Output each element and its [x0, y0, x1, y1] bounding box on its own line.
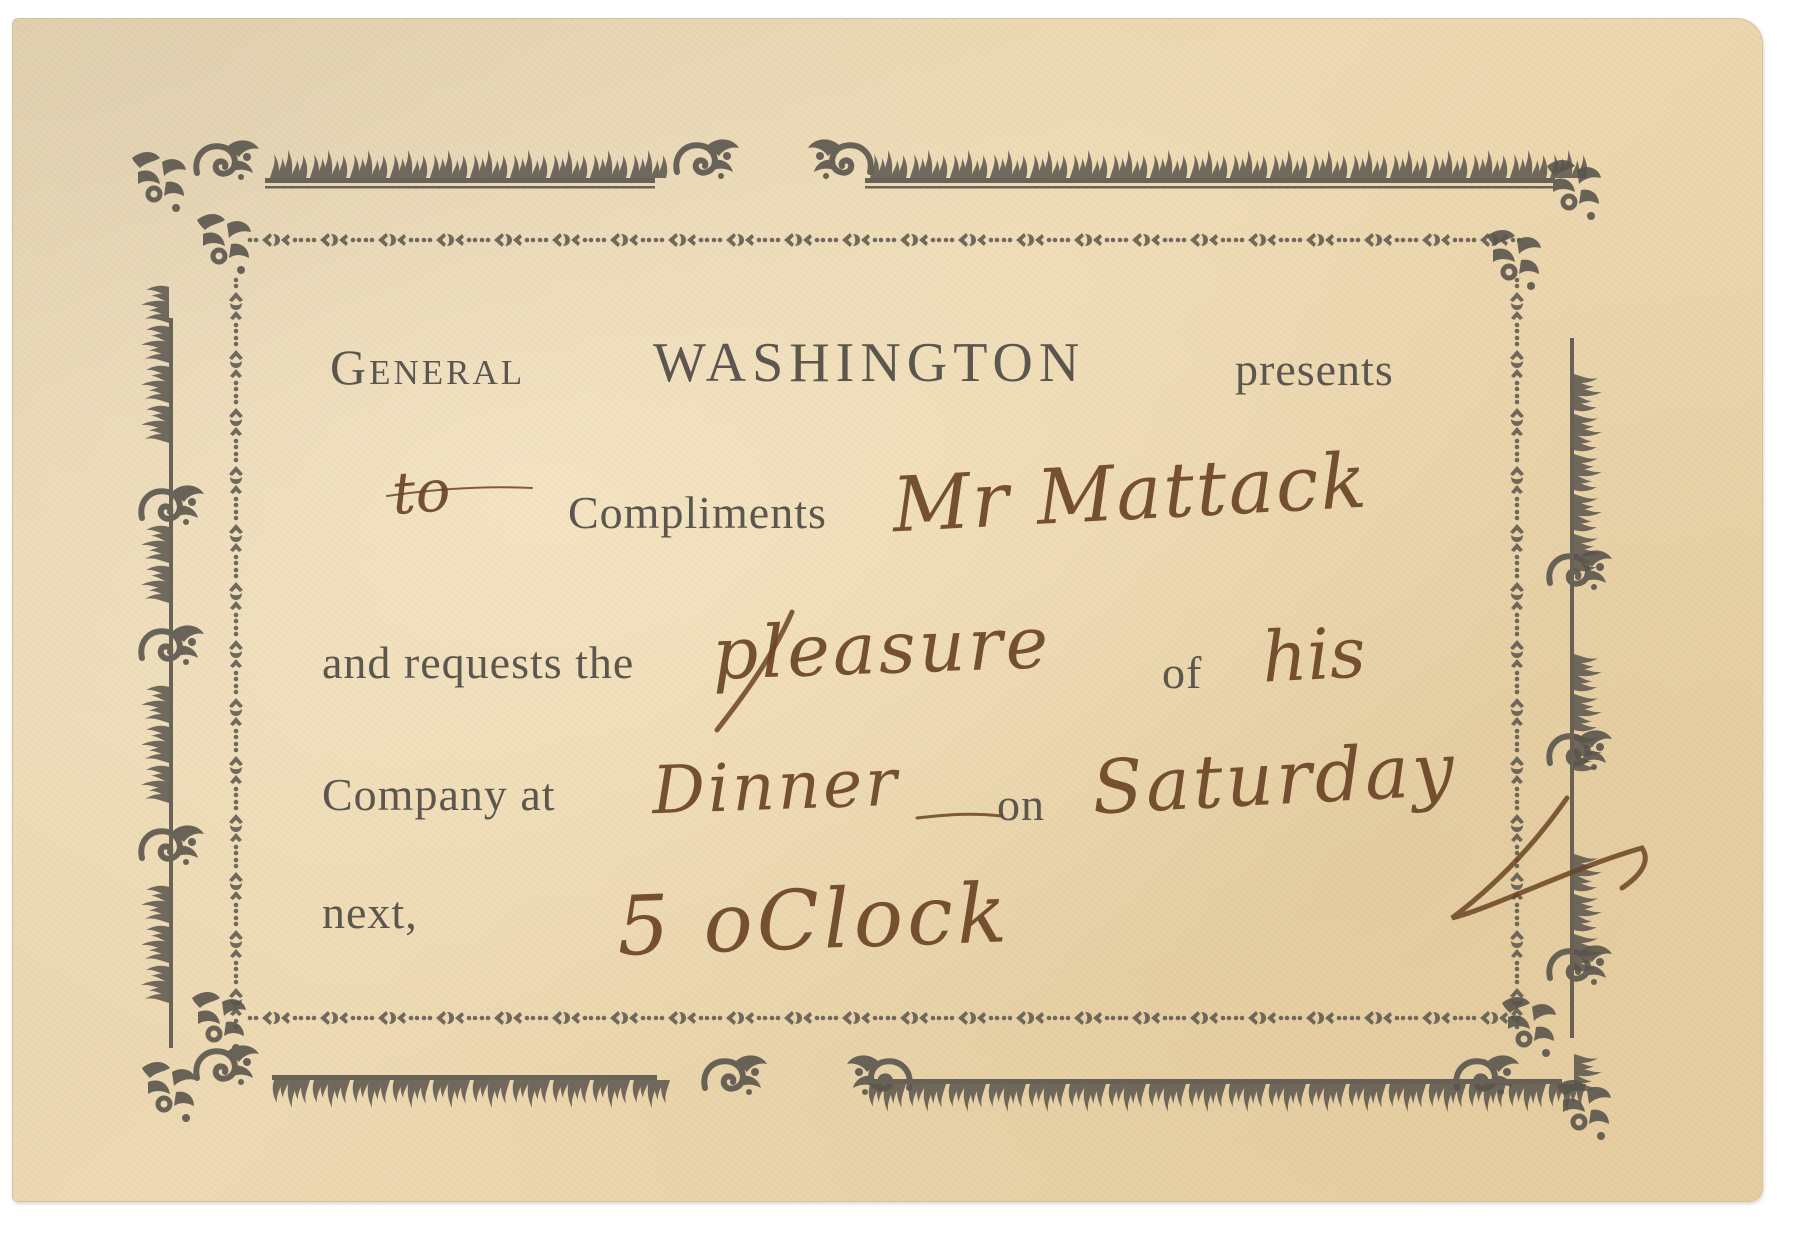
invitation-card: General WASHINGTON presents Compliments … [12, 18, 1763, 1202]
handwriting-flourishes [12, 18, 1763, 1202]
